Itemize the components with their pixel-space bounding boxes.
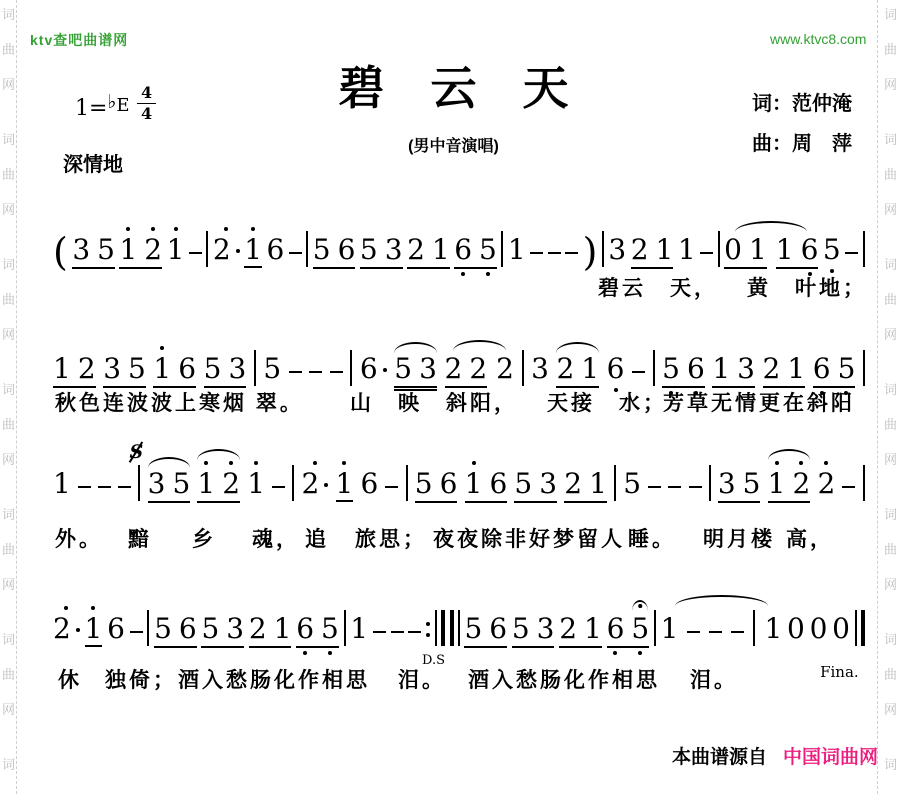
beam-group: 12 bbox=[768, 470, 811, 503]
jianpu-note: 1 bbox=[274, 615, 292, 643]
note-digit: 6 bbox=[178, 355, 196, 383]
jianpu-note: 5 bbox=[512, 615, 530, 643]
note-digit: 5 bbox=[201, 615, 219, 643]
note-digit: 1 bbox=[776, 236, 794, 264]
octave-dot-below bbox=[303, 651, 307, 655]
note-digit: 2 bbox=[792, 470, 810, 498]
jianpu-note: 5 bbox=[201, 615, 219, 643]
jianpu-note: 1 bbox=[336, 470, 354, 502]
note-digit: 1 bbox=[656, 236, 674, 264]
jianpu-note: 5 bbox=[479, 236, 497, 264]
note-digit: 6 bbox=[361, 470, 379, 498]
barline bbox=[344, 610, 346, 646]
jianpu-note: 1 bbox=[153, 355, 171, 383]
lyric-segment: 山 映 斜阳， bbox=[350, 391, 518, 416]
jianpu-note: 2 bbox=[556, 355, 574, 383]
lyric-segment: 秋色连波波上寒烟 翠。 bbox=[55, 391, 304, 416]
beam-group: 56 bbox=[415, 470, 458, 503]
lyric-segment: 高， bbox=[786, 527, 834, 552]
key-letter: E bbox=[116, 95, 129, 116]
octave-dot-below bbox=[328, 651, 332, 655]
note-digit: 2 bbox=[78, 355, 96, 383]
beam-group: 21 bbox=[631, 236, 674, 269]
barline bbox=[614, 465, 616, 501]
jianpu-note: 5 bbox=[514, 470, 532, 498]
beam-group: 56 bbox=[154, 615, 197, 648]
jianpu-note: 3 bbox=[228, 355, 246, 383]
left-margin-dashed-rule bbox=[16, 0, 17, 794]
lyric-segment: 明月楼 bbox=[703, 527, 775, 552]
note-digit: 1 bbox=[244, 236, 262, 268]
jianpu-note: 6 bbox=[107, 615, 125, 643]
barline bbox=[602, 231, 604, 267]
note-digit: 6 bbox=[489, 615, 507, 643]
margin-watermark-char: 词 bbox=[884, 508, 897, 521]
jianpu-note: 1 bbox=[53, 470, 71, 498]
beam-group: 21 bbox=[564, 470, 607, 503]
note-digit: 2 bbox=[631, 236, 649, 264]
duration-dash bbox=[687, 631, 700, 634]
beam-group: 01 bbox=[724, 236, 767, 269]
jianpu-note: 5 bbox=[154, 615, 172, 643]
final-barline: Fina. bbox=[855, 610, 865, 646]
margin-watermark-char: 词 bbox=[2, 258, 15, 271]
margin-watermark-char: 曲 bbox=[2, 543, 15, 556]
note-digit: 6 bbox=[489, 470, 507, 498]
note-digit: 5 bbox=[313, 236, 331, 264]
margin-watermark-char: 网 bbox=[2, 453, 15, 466]
note-digit: 5 bbox=[415, 470, 433, 498]
beam-group: 13 bbox=[712, 355, 755, 388]
note-digit: 5 bbox=[394, 355, 412, 383]
beam-group: 65 bbox=[813, 355, 856, 388]
jianpu-note: 6 bbox=[607, 355, 625, 383]
jianpu-note: 1 bbox=[247, 470, 265, 498]
note-digit: 0 bbox=[724, 236, 742, 264]
note-digit: 5 bbox=[743, 470, 761, 498]
music-system: 216565321651D.S5653216511000Fina. bbox=[53, 603, 865, 643]
beam-group: 53 bbox=[201, 615, 244, 648]
jianpu-note: 6 bbox=[360, 355, 387, 383]
note-digit: 6 bbox=[607, 355, 625, 383]
jianpu-note: 6 bbox=[361, 470, 379, 498]
beam-group: 65 bbox=[607, 615, 650, 648]
jianpu-note: 5 bbox=[838, 355, 856, 383]
octave-dot-above bbox=[799, 461, 803, 465]
barline-stroke bbox=[753, 610, 755, 646]
jianpu-note: 3 bbox=[608, 236, 626, 264]
barline-stroke bbox=[654, 610, 656, 646]
note-digit: 2 bbox=[222, 470, 240, 498]
footer-source: 本曲谱源自中国词曲网 bbox=[672, 742, 878, 769]
barline bbox=[709, 465, 711, 501]
note-digit: 1 bbox=[432, 236, 450, 264]
note-digit: 6 bbox=[107, 615, 125, 643]
jianpu-note: 5 bbox=[631, 615, 649, 643]
barline bbox=[254, 350, 256, 386]
note-digit: 1 bbox=[764, 615, 782, 643]
augmentation-dot bbox=[383, 368, 387, 372]
barline-stroke bbox=[614, 465, 616, 501]
jianpu-note: 6 bbox=[607, 615, 625, 643]
note-digit: 3 bbox=[385, 236, 403, 264]
note-digit: 6 bbox=[179, 615, 197, 643]
note-digit: 1 bbox=[581, 355, 599, 383]
duration-dash bbox=[309, 371, 322, 374]
barline bbox=[522, 350, 524, 386]
jianpu-note: 2 bbox=[817, 470, 835, 498]
slur-arc bbox=[675, 595, 767, 606]
note-digit: 3 bbox=[228, 355, 246, 383]
repeat-end-barline: D.S bbox=[426, 610, 445, 646]
duration-dash bbox=[408, 631, 421, 634]
barline-stroke bbox=[406, 465, 408, 501]
jianpu-note: 3 bbox=[539, 470, 557, 498]
augmentation-dot bbox=[324, 483, 328, 487]
note-digit: 5 bbox=[154, 615, 172, 643]
note-digit: 5 bbox=[263, 355, 281, 383]
slur-arc bbox=[768, 449, 811, 460]
jianpu-note: 5 bbox=[823, 236, 841, 264]
barline-stroke bbox=[206, 231, 208, 267]
note-digit: 6 bbox=[338, 236, 356, 264]
beam-group: 53 bbox=[512, 615, 555, 648]
note-digit: 3 bbox=[148, 470, 166, 498]
octave-dot-above bbox=[224, 227, 228, 231]
jianpu-note: 3 bbox=[537, 615, 555, 643]
note-digit: 6 bbox=[454, 236, 472, 264]
margin-watermark-char: 网 bbox=[884, 453, 897, 466]
barline-stroke bbox=[350, 350, 352, 386]
margin-watermark-char: 曲 bbox=[884, 168, 897, 181]
duration-dash bbox=[689, 486, 702, 489]
barline-stroke bbox=[254, 350, 256, 386]
duration-dash bbox=[78, 486, 91, 489]
octave-dot-below bbox=[486, 272, 490, 276]
jianpu-note: 2 bbox=[407, 236, 425, 264]
note-digit: 1 bbox=[749, 236, 767, 264]
repeat-dots bbox=[426, 612, 430, 646]
jianpu-note: 3 bbox=[718, 470, 736, 498]
barline bbox=[306, 231, 308, 267]
barline bbox=[292, 465, 294, 501]
margin-watermark-char: 曲 bbox=[2, 418, 15, 431]
margin-watermark-char: 曲 bbox=[2, 668, 15, 681]
jianpu-note: 6 bbox=[801, 236, 819, 264]
margin-watermark-char: 词 bbox=[2, 633, 15, 646]
lyric-segment: 魂， bbox=[252, 527, 300, 552]
lyric-segment: 乡 bbox=[192, 527, 216, 552]
margin-watermark-char: 词 bbox=[884, 758, 897, 771]
barline bbox=[863, 465, 865, 501]
jianpu-note: 6 bbox=[489, 470, 507, 498]
duration-dash bbox=[289, 252, 302, 255]
key-prefix: 1= bbox=[75, 96, 107, 121]
beam-group: 21 bbox=[407, 236, 450, 269]
jianpu-note: 2 bbox=[249, 615, 267, 643]
margin-watermark-char: 词 bbox=[884, 8, 897, 21]
jianpu-note: 6 bbox=[687, 355, 705, 383]
barline bbox=[406, 465, 408, 501]
duration-dash bbox=[845, 252, 858, 255]
jianpu-note: 1 bbox=[508, 236, 526, 264]
jianpu-note: 2 bbox=[469, 355, 487, 383]
octave-dot-above bbox=[254, 461, 258, 465]
note-digit: 5 bbox=[479, 236, 497, 264]
note-digit: 1 bbox=[85, 615, 103, 647]
note-digit: 2 bbox=[249, 615, 267, 643]
barline-stroke bbox=[855, 610, 857, 646]
barline-stroke bbox=[138, 465, 140, 501]
slur-arc bbox=[148, 457, 191, 468]
beam-group: 16 bbox=[465, 470, 508, 503]
jianpu-note: 0 bbox=[787, 615, 805, 643]
jianpu-note: 1 bbox=[244, 236, 262, 268]
margin-watermark-char: 曲 bbox=[884, 543, 897, 556]
note-digit: 6 bbox=[360, 355, 378, 383]
note-digit: 5 bbox=[514, 470, 532, 498]
barline-stroke bbox=[292, 465, 294, 501]
octave-dot-below bbox=[638, 651, 642, 655]
jianpu-note: 1 bbox=[712, 355, 730, 383]
barline bbox=[147, 610, 149, 646]
note-digit: 3 bbox=[737, 355, 755, 383]
octave-dot-above bbox=[313, 461, 317, 465]
duration-dash bbox=[632, 371, 645, 374]
fermata-icon bbox=[632, 600, 648, 611]
beam-group: 21 bbox=[556, 355, 599, 388]
octave-dot-below bbox=[613, 651, 617, 655]
octave-dot-above bbox=[204, 461, 208, 465]
jianpu-note: 5 bbox=[263, 355, 281, 383]
note-digit: 0 bbox=[832, 615, 850, 643]
jianpu-note: 5 bbox=[464, 615, 482, 643]
duration-dash bbox=[530, 252, 543, 255]
barline bbox=[863, 231, 865, 267]
jianpu-note: 6 bbox=[440, 470, 458, 498]
barline bbox=[653, 350, 655, 386]
note-digit: 1 bbox=[247, 470, 265, 498]
duration-dash bbox=[98, 486, 111, 489]
barline bbox=[654, 610, 656, 646]
barline-stroke bbox=[147, 610, 149, 646]
note-digit: 5 bbox=[512, 615, 530, 643]
jianpu-note: 0 bbox=[832, 615, 850, 643]
beam-group: 65 bbox=[454, 236, 497, 269]
duration-dash bbox=[272, 486, 285, 489]
jianpu-note: 2 bbox=[631, 236, 649, 264]
margin-watermark-char: 曲 bbox=[884, 293, 897, 306]
note-digit: 2 bbox=[559, 615, 577, 643]
barline bbox=[350, 350, 352, 386]
lyric-segment: 酒入愁肠化作相思 bbox=[468, 668, 660, 693]
time-signature-denominator: 4 bbox=[137, 104, 156, 123]
note-digit: 5 bbox=[321, 615, 339, 643]
jianpu-note: 3 bbox=[419, 355, 437, 383]
note-digit: 2 bbox=[763, 355, 781, 383]
beam-group: 56 bbox=[313, 236, 356, 269]
jianpu-note: 2 bbox=[564, 470, 582, 498]
lyric-segment: 旅思； bbox=[355, 527, 427, 552]
jianpu-note: 1 bbox=[776, 236, 794, 264]
note-digit: 1 bbox=[350, 615, 368, 643]
jianpu-note: 6 bbox=[489, 615, 507, 643]
slur-span-group: 0116 bbox=[724, 236, 818, 264]
jianpu-note: 1 bbox=[119, 236, 137, 264]
jianpu-note: 1 bbox=[53, 355, 71, 383]
slur-arc bbox=[394, 342, 437, 353]
jianpu-note: 3 bbox=[72, 236, 90, 264]
jianpu-note: 5 bbox=[172, 470, 190, 498]
beam-group: 12 bbox=[197, 470, 240, 503]
jianpu-note: 1 bbox=[656, 236, 674, 264]
barline-stroke-thick bbox=[861, 610, 865, 646]
beam-group: 35 bbox=[72, 236, 115, 269]
note-digit: 1 bbox=[53, 470, 71, 498]
duration-dash bbox=[289, 371, 302, 374]
lyric-segment: 泪。 bbox=[398, 668, 446, 693]
duration-dash bbox=[565, 252, 578, 255]
margin-watermark-char: 词 bbox=[884, 258, 897, 271]
octave-dot-below bbox=[461, 272, 465, 276]
barline: S bbox=[138, 465, 140, 501]
lyric-segment: 休 bbox=[58, 668, 82, 693]
note-digit: 5 bbox=[128, 355, 146, 383]
jianpu-note: 1 bbox=[661, 615, 679, 643]
jianpu-note: 2 bbox=[53, 615, 80, 643]
jianpu-note: 2 bbox=[222, 470, 240, 498]
beam-group: 21 bbox=[249, 615, 292, 648]
decor bbox=[426, 633, 430, 637]
margin-watermark-char: 网 bbox=[884, 578, 897, 591]
note-digit: 6 bbox=[267, 236, 285, 264]
jianpu-note: 1 bbox=[678, 236, 696, 264]
margin-watermark-char: 曲 bbox=[2, 168, 15, 181]
barline-stroke bbox=[709, 465, 711, 501]
lyric-segment: 泪。 bbox=[690, 668, 738, 693]
jianpu-note: 6 bbox=[178, 355, 196, 383]
duration-dash bbox=[130, 631, 143, 634]
note-digit: 5 bbox=[204, 355, 222, 383]
beam-group: 12 bbox=[53, 355, 96, 388]
site-name-left: ktv查吧曲谱网 bbox=[30, 30, 128, 50]
note-digit: 3 bbox=[419, 355, 437, 383]
barline-stroke bbox=[863, 350, 865, 386]
jianpu-note: 6 bbox=[267, 236, 285, 264]
note-digit: 3 bbox=[103, 355, 121, 383]
beam-group: 12 bbox=[119, 236, 162, 269]
note-digit: 1 bbox=[336, 470, 354, 502]
lyric-segment: 酒入愁肠化作相思 bbox=[178, 668, 370, 693]
note-digit: 5 bbox=[464, 615, 482, 643]
lyric-segment: 独倚； bbox=[105, 668, 177, 693]
margin-watermark-char: 网 bbox=[2, 578, 15, 591]
parenthesis: ) bbox=[583, 233, 598, 271]
note-digit: 6 bbox=[801, 236, 819, 264]
note-digit: 1 bbox=[167, 236, 185, 264]
duration-dash bbox=[118, 486, 131, 489]
margin-watermark-char: 曲 bbox=[884, 668, 897, 681]
margin-watermark-char: 曲 bbox=[2, 293, 15, 306]
duration-dash bbox=[648, 486, 661, 489]
note-digit: 3 bbox=[539, 470, 557, 498]
barline-stroke-thick bbox=[450, 610, 454, 646]
margin-watermark-char: 词 bbox=[884, 633, 897, 646]
octave-dot-above bbox=[229, 461, 233, 465]
barline-stroke bbox=[501, 231, 503, 267]
music-system: (35121216565321651)321101165 bbox=[53, 224, 865, 264]
jianpu-note: 1 bbox=[350, 615, 368, 643]
duration-dash bbox=[700, 252, 713, 255]
time-signature: 4 4 bbox=[137, 84, 156, 124]
note-digit: 3 bbox=[531, 355, 549, 383]
barline-stroke bbox=[863, 465, 865, 501]
beam-group: 65 bbox=[296, 615, 339, 648]
margin-watermark-char: 网 bbox=[2, 703, 15, 716]
slur-arc bbox=[735, 221, 807, 232]
barline-stroke-thick bbox=[441, 610, 445, 646]
note-digit: 1 bbox=[274, 615, 292, 643]
jianpu-note: 1 bbox=[85, 615, 103, 647]
barline bbox=[753, 610, 755, 646]
jianpu-note: 5 bbox=[415, 470, 433, 498]
note-digit: 3 bbox=[718, 470, 736, 498]
barline-stroke bbox=[718, 231, 720, 267]
footer-source-prefix: 本曲谱源自 bbox=[672, 747, 767, 768]
jianpu-note: 3 bbox=[531, 355, 549, 383]
fine-label: Fina. bbox=[820, 663, 859, 681]
note-digit: 5 bbox=[838, 355, 856, 383]
credits-block: 词：范仲淹 曲：周 萍 bbox=[752, 84, 852, 164]
jianpu-note: 6 bbox=[296, 615, 314, 643]
note-digit: 3 bbox=[608, 236, 626, 264]
jianpu-note: 1 bbox=[465, 470, 483, 498]
octave-dot-above bbox=[472, 461, 476, 465]
note-digit: 0 bbox=[810, 615, 828, 643]
time-signature-numerator: 4 bbox=[137, 84, 156, 104]
jianpu-note: 1 bbox=[581, 355, 599, 383]
slur-arc bbox=[556, 342, 599, 353]
octave-dot-above bbox=[174, 227, 178, 231]
jianpu-note: 5 bbox=[313, 236, 331, 264]
lyricist-credit: 词：范仲淹 bbox=[752, 84, 852, 124]
note-digit: 5 bbox=[97, 236, 115, 264]
note-digit: 1 bbox=[712, 355, 730, 383]
lyric-segment: 夜夜除非好梦留人 bbox=[433, 527, 625, 552]
note-digit: 1 bbox=[197, 470, 215, 498]
note-digit: 6 bbox=[296, 615, 314, 643]
jianpu-note: 1 bbox=[749, 236, 767, 264]
jianpu-note: 2 bbox=[792, 470, 810, 498]
note-digit: 1 bbox=[768, 470, 786, 498]
lyric-segment: 睡。 bbox=[628, 527, 676, 552]
ds-label: D.S bbox=[422, 653, 445, 668]
barline-stroke bbox=[458, 610, 460, 646]
jianpu-note: 3 bbox=[226, 615, 244, 643]
octave-dot-above bbox=[64, 606, 68, 610]
beam-group: 53 bbox=[514, 470, 557, 503]
duration-dash bbox=[548, 252, 561, 255]
note-digit: 1 bbox=[508, 236, 526, 264]
barline bbox=[863, 350, 865, 386]
jianpu-note: 2 bbox=[445, 355, 463, 383]
duration-dash bbox=[731, 631, 744, 634]
barline-stroke bbox=[653, 350, 655, 386]
note-digit: 2 bbox=[817, 470, 835, 498]
margin-watermark-char: 词 bbox=[2, 508, 15, 521]
beam-group: 35 bbox=[718, 470, 761, 503]
margin-watermark-char: 网 bbox=[2, 203, 15, 216]
